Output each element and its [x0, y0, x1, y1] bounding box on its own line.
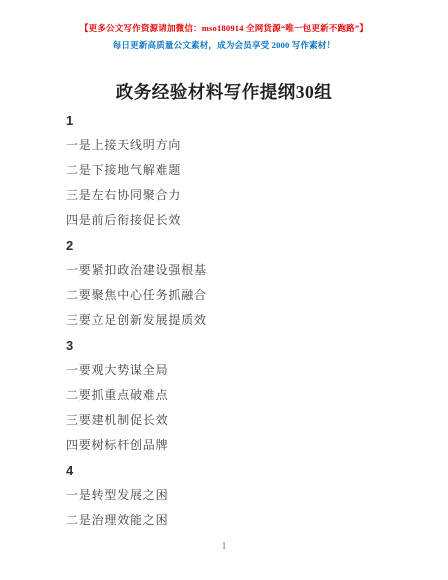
document-title: 政务经验材料写作提纲30组	[0, 80, 448, 104]
outline-item: 三是左右协同聚合力	[66, 183, 448, 208]
page-number: 1	[0, 541, 448, 552]
outline-item: 三要立足创新发展提质效	[66, 308, 448, 333]
outline-item: 二是下接地气解难题	[66, 158, 448, 183]
promo-banner-line2: 每日更新高质量公文素材，成为会员享受 2000 写作素材！	[0, 39, 448, 52]
section-number: 4	[66, 458, 448, 483]
outline-item: 二要抓重点破难点	[66, 383, 448, 408]
outline-item: 二要聚焦中心任务抓融合	[66, 283, 448, 308]
outline-item: 四是前后衔接促长效	[66, 208, 448, 233]
section-number: 2	[66, 233, 448, 258]
document-page: 【更多公文写作资源请加微信：mso180914 全网货源“唯一包更新不跑路”】 …	[0, 0, 448, 580]
outline-item: 三要建机制促长效	[66, 408, 448, 433]
outline-item: 一是上接天线明方向	[66, 133, 448, 158]
outline-item: 一要观大势谋全局	[66, 358, 448, 383]
promo-banner-line1: 【更多公文写作资源请加微信：mso180914 全网货源“唯一包更新不跑路”】	[0, 0, 448, 35]
section-number: 1	[66, 108, 448, 133]
outline-item: 一要紧扣政治建设强根基	[66, 258, 448, 283]
document-body: 1一是上接天线明方向二是下接地气解难题三是左右协同聚合力四是前后衔接促长效2一要…	[66, 108, 448, 533]
section-number: 3	[66, 333, 448, 358]
outline-item: 四要树标杆创品牌	[66, 433, 448, 458]
outline-item: 一是转型发展之困	[66, 483, 448, 508]
outline-item: 二是治理效能之困	[66, 508, 448, 533]
